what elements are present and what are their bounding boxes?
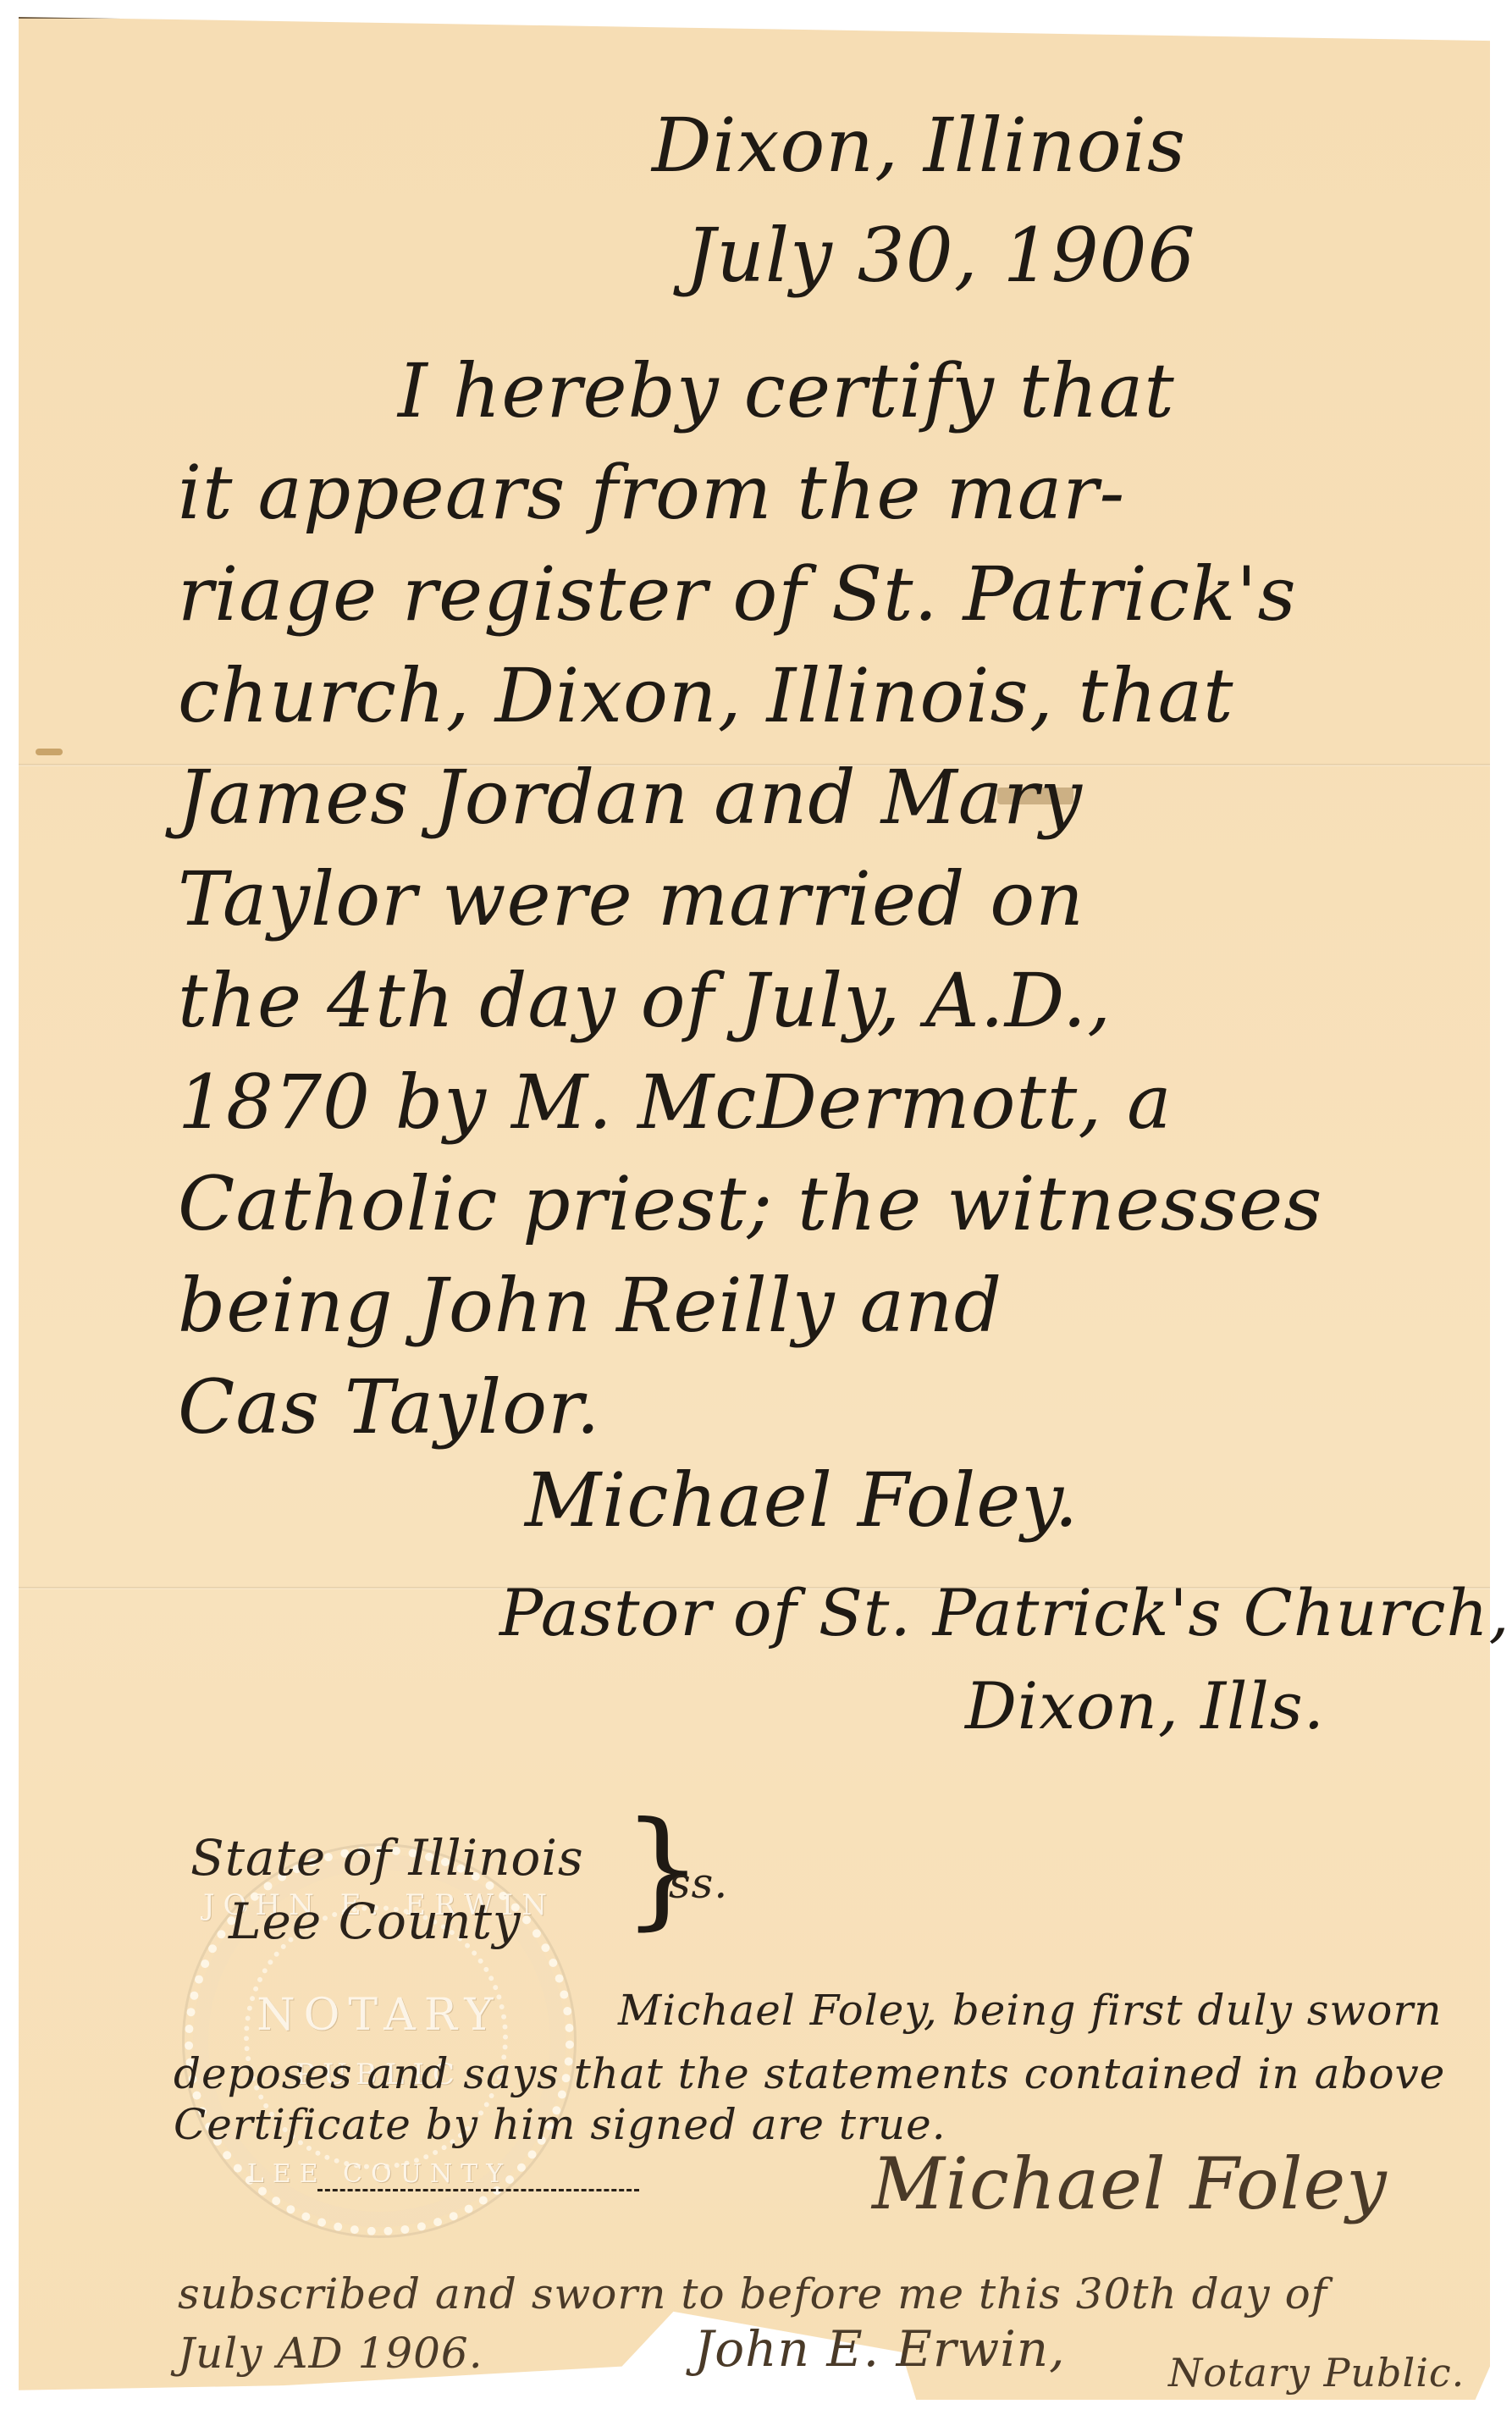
notary-signature: John E. Erwin, xyxy=(694,2320,1066,2378)
venue-abbrev: ss. xyxy=(669,1859,728,1908)
body-line: it appears from the mar- xyxy=(178,449,1125,536)
body-line: riage register of St. Patrick's xyxy=(178,550,1297,638)
body-line: church, Dixon, Illinois, that xyxy=(178,652,1234,739)
header-place: Dixon, Illinois xyxy=(652,102,1186,189)
body-line: James Jordan and Mary xyxy=(178,754,1083,841)
body-line: Catholic priest; the witnesses xyxy=(178,1160,1322,1247)
body-line: Cas Taylor. xyxy=(178,1363,600,1451)
jurat-statement-line: Certificate by him signed are true. xyxy=(174,2100,946,2149)
pastor-signature: Michael Foley. xyxy=(525,1456,1079,1544)
subscribed-line: subscribed and sworn to before me this 3… xyxy=(178,2269,1327,2318)
body-line: I hereby certify that xyxy=(398,347,1175,434)
seal-bottom-text: LEE COUNTY xyxy=(193,2159,566,2189)
body-line: being John Reilly and xyxy=(178,1262,1002,1349)
jurat-statement-line: Michael Foley, being first duly sworn xyxy=(618,1986,1442,2035)
venue-state: State of Illinois xyxy=(190,1829,584,1887)
jurat-statement-line: deposes and says that the statements con… xyxy=(174,2049,1445,2098)
pastor-location: Dixon, Ills. xyxy=(965,1668,1325,1744)
body-line: the 4th day of July, A.D., xyxy=(178,957,1112,1044)
body-line: Taylor were married on xyxy=(178,855,1084,942)
pastor-title: Pastor of St. Patrick's Church, xyxy=(499,1575,1510,1650)
notary-title: Notary Public. xyxy=(1168,2350,1465,2396)
seal-center-text: NOTARY xyxy=(193,1990,566,2041)
body-line: 1870 by M. McDermott, a xyxy=(178,1058,1173,1146)
venue-county: Lee County xyxy=(229,1893,521,1950)
affiant-signature: Michael Foley xyxy=(872,2142,1388,2225)
signature-leader-line xyxy=(317,2189,639,2191)
subscribed-line: July AD 1906. xyxy=(178,2329,483,2378)
header-date: July 30, 1906 xyxy=(686,212,1196,299)
ink-stain xyxy=(36,749,63,755)
